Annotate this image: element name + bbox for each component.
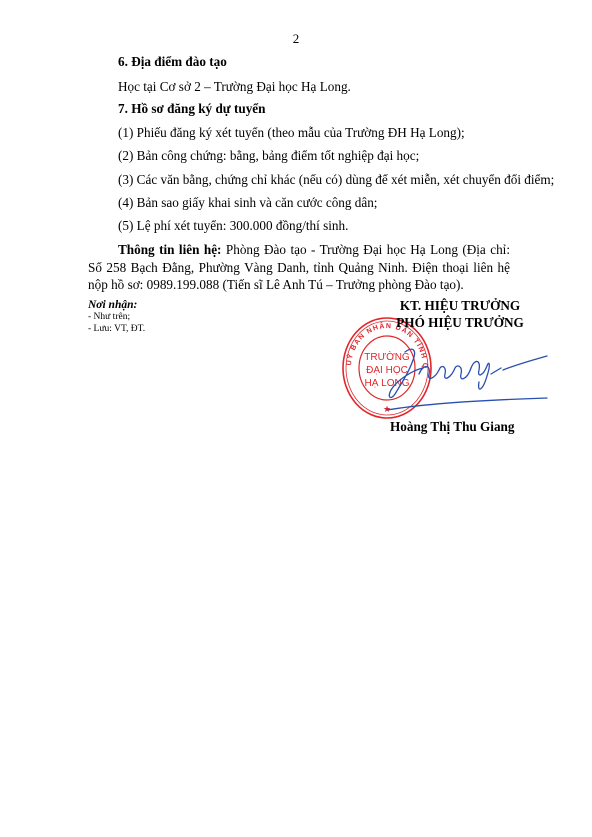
page-number: 2 [0, 31, 592, 47]
document-item-1: (1) Phiếu đăng ký xét tuyển (theo mẫu củ… [118, 125, 465, 141]
contact-paragraph: Thông tin liên hệ: Phòng Đào tạo - Trườn… [88, 241, 510, 294]
document-item-4: (4) Bản sao giấy khai sinh và căn cước c… [118, 195, 377, 211]
document-item-2: (2) Bản công chứng: bằng, bảng điểm tốt … [118, 148, 419, 164]
signature-title-line-2: PHÓ HIỆU TRƯỞNG [360, 314, 560, 331]
recipient-item: - Như trên; [88, 312, 145, 324]
recipients-block: Nơi nhận: - Như trên; - Lưu: VT, ĐT. [88, 299, 145, 335]
recipients-title: Nơi nhận: [88, 299, 145, 312]
signature-title-line-1: KT. HIỆU TRƯỞNG [360, 297, 560, 314]
signature-block: KT. HIỆU TRƯỞNG PHÓ HIỆU TRƯỞNG [360, 297, 560, 331]
contact-label: Thông tin liên hệ: [118, 242, 221, 257]
section-7-heading: 7. Hồ sơ đăng ký dự tuyển [118, 101, 266, 117]
signer-name: Hoàng Thị Thu Giang [390, 419, 515, 435]
section-6-text: Học tại Cơ sở 2 – Trường Đại học Hạ Long… [118, 79, 351, 95]
recipient-item: - Lưu: VT, ĐT. [88, 324, 145, 336]
document-item-5: (5) Lệ phí xét tuyển: 300.000 đồng/thí s… [118, 218, 348, 234]
document-item-3: (3) Các văn bằng, chứng chỉ khác (nếu có… [118, 172, 554, 188]
handwritten-signature [383, 338, 548, 413]
section-6-heading: 6. Địa điểm đào tạo [118, 54, 227, 70]
